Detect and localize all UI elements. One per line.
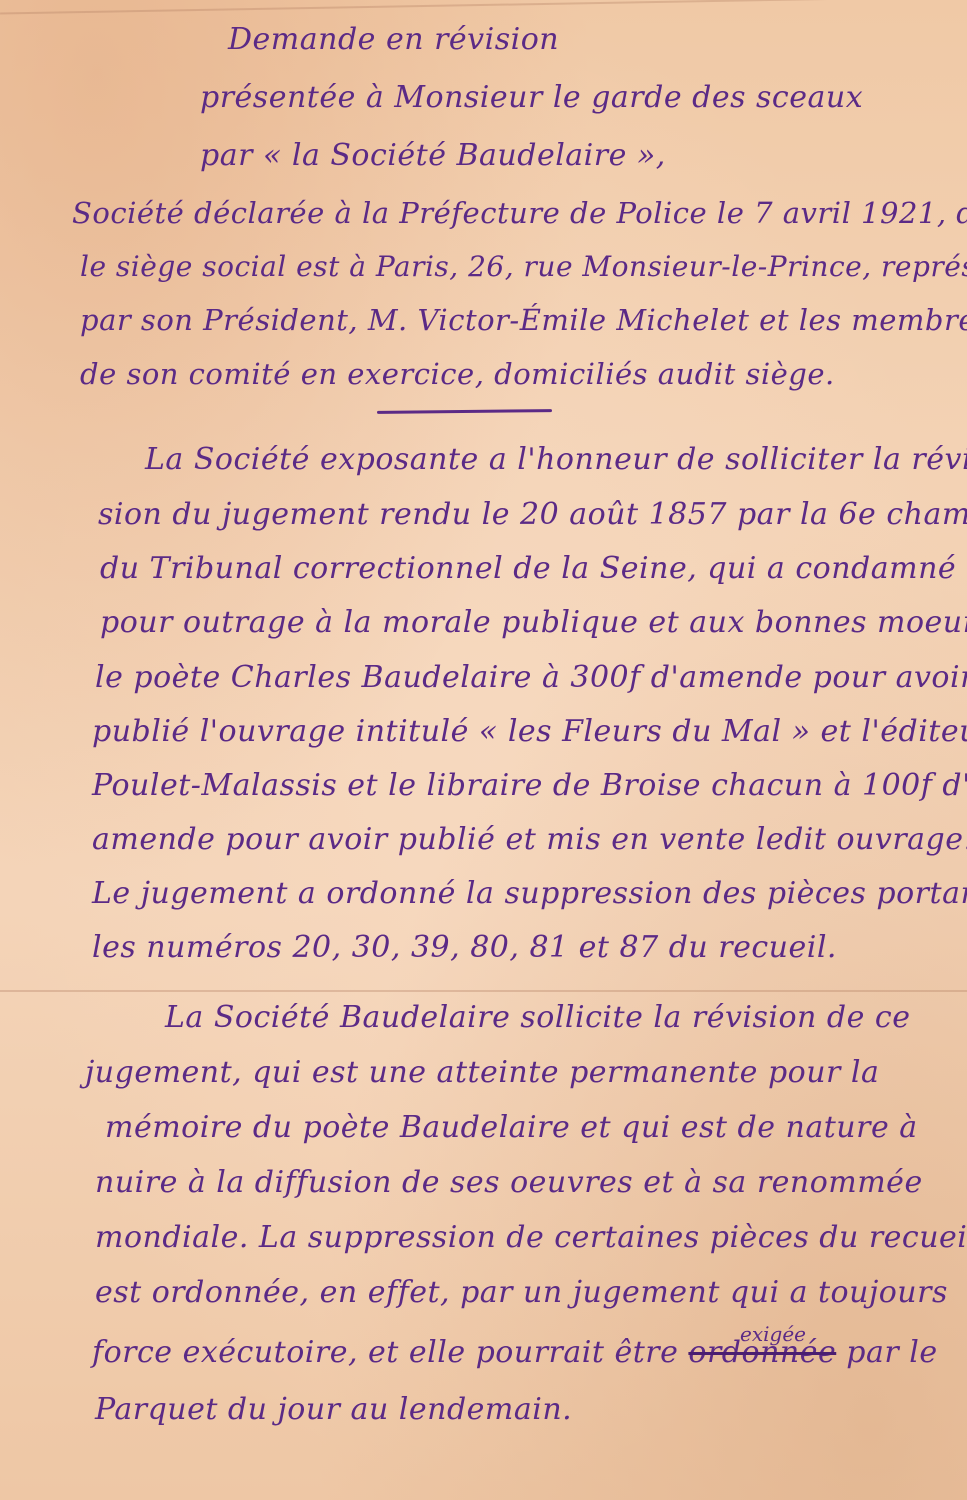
p2-line-7: force exécutoire, et elle pourrait être … <box>92 1335 938 1370</box>
p2-line-1: La Société Baudelaire sollicite la révis… <box>165 1000 910 1035</box>
p1-line-5: le poète Charles Baudelaire à 300f d'ame… <box>95 660 967 695</box>
intro-line-1: Société déclarée à la Préfecture de Poli… <box>72 196 967 230</box>
intro-line-4: de son comité en exercice, domiciliés au… <box>80 357 835 391</box>
intro-line-2: le siège social est à Paris, 26, rue Mon… <box>80 250 967 283</box>
heading-line-1: Demande en révision <box>228 22 559 57</box>
p1-line-8: amende pour avoir publié et mis en vente… <box>92 822 967 857</box>
p1-line-4: pour outrage à la morale publique et aux… <box>100 605 967 640</box>
p1-line-7: Poulet-Malassis et le libraire de Broise… <box>92 768 967 803</box>
p2-line-6: est ordonnée, en effet, par un jugement … <box>95 1275 948 1310</box>
paper-fold <box>0 990 967 992</box>
p1-line-6: publié l'ouvrage intitulé « les Fleurs d… <box>92 714 967 749</box>
p2-line-5: mondiale. La suppression de certaines pi… <box>95 1220 967 1255</box>
p1-line-1: La Société exposante a l'honneur de soll… <box>145 442 967 477</box>
p2-line-8: Parquet du jour au lendemain. <box>95 1392 572 1427</box>
struck-word: ordonnée <box>688 1335 836 1370</box>
p1-line-10: les numéros 20, 30, 39, 80, 81 et 87 du … <box>92 930 837 965</box>
p2-line-4: nuire à la diffusion de ses oeuvres et à… <box>95 1165 923 1200</box>
section-divider <box>377 409 552 414</box>
heading-line-3: par « la Société Baudelaire », <box>200 138 666 173</box>
p2-line-3: mémoire du poète Baudelaire et qui est d… <box>105 1110 918 1145</box>
paper-fold <box>0 0 967 14</box>
p2-line-7-after: par le <box>846 1335 937 1370</box>
intro-line-3: par son Président, M. Victor-Émile Miche… <box>80 303 967 337</box>
p1-line-9: Le jugement a ordonné la suppression des… <box>92 876 967 911</box>
p1-line-2: sion du jugement rendu le 20 août 1857 p… <box>98 497 967 532</box>
p1-line-3: du Tribunal correctionnel de la Seine, q… <box>100 551 956 586</box>
heading-line-2: présentée à Monsieur le garde des sceaux <box>200 80 863 115</box>
p2-line-7-before: force exécutoire, et elle pourrait être <box>92 1335 678 1370</box>
manuscript-page: Demande en révision présentée à Monsieur… <box>0 0 967 1500</box>
p2-line-2: jugement, qui est une atteinte permanent… <box>85 1055 879 1090</box>
